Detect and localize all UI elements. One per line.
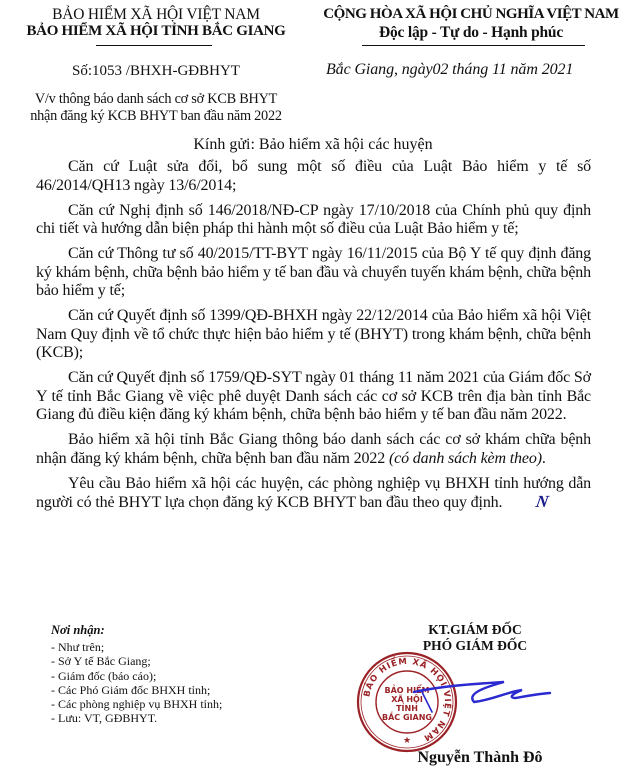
distribution-title: Nơi nhận: bbox=[51, 622, 281, 638]
request-paragraph: Yêu cầu Bảo hiểm xã hội các huyện, các p… bbox=[36, 475, 591, 513]
legal-basis-paragraph: Căn cứ Thông tư số 40/2015/TT-BYT ngày 1… bbox=[36, 245, 591, 301]
handwritten-signature-icon bbox=[412, 676, 552, 716]
announcement-paragraph: Bảo hiểm xã hội tỉnh Bắc Giang thông báo… bbox=[36, 431, 591, 468]
national-header: CỘNG HÒA XÃ HỘI CHỦ NGHĨA VIỆT NAM Độc l… bbox=[316, 6, 626, 42]
subject-line: V/v thông báo danh sách cơ sở KCB BHYT bbox=[0, 91, 312, 108]
attachment-note: (có danh sách kèm theo) bbox=[389, 450, 542, 467]
signer-name: Nguyễn Thành Đô bbox=[380, 748, 580, 768]
document-body: Căn cứ Luật sửa đổi, bổ sung một số điều… bbox=[36, 158, 591, 519]
document-subject: V/v thông báo danh sách cơ sở KCB BHYT n… bbox=[0, 91, 312, 125]
distribution-item: - Các Phó Giám đốc BHXH tỉnh; bbox=[51, 683, 281, 697]
motto-underline bbox=[362, 45, 585, 46]
subject-line: nhận đăng ký KCB BHYT ban đầu năm 2022 bbox=[0, 108, 312, 125]
distribution-item: - Giám đốc (báo cáo); bbox=[51, 669, 281, 683]
distribution-item: - Sở Y tế Bắc Giang; bbox=[51, 654, 281, 668]
legal-basis-paragraph: Căn cứ Quyết định số 1759/QĐ-SYT ngày 01… bbox=[36, 369, 591, 425]
distribution-list: Nơi nhận: - Như trên; - Sở Y tế Bắc Gian… bbox=[51, 622, 281, 726]
distribution-item: - Lưu: VT, GĐBHYT. bbox=[51, 711, 281, 725]
national-motto: Độc lập - Tự do - Hạnh phúc bbox=[316, 23, 626, 42]
national-title: CỘNG HÒA XÃ HỘI CHỦ NGHĨA VIỆT NAM bbox=[316, 6, 626, 23]
issuing-agency: BẢO HIỂM XÃ HỘI TỈNH BẮC GIANG bbox=[0, 23, 312, 40]
issuing-agency-header: BẢO HIỂM XÃ HỘI VIỆT NAM BẢO HIỂM XÃ HỘI… bbox=[0, 6, 312, 40]
signature-block: KT.GIÁM ĐỐC PHÓ GIÁM ĐỐC bbox=[360, 622, 590, 654]
announcement-period: . bbox=[542, 450, 546, 467]
distribution-item: - Như trên; bbox=[51, 640, 281, 654]
agency-underline bbox=[96, 45, 212, 46]
distribution-items: - Như trên; - Sở Y tế Bắc Giang; - Giám … bbox=[51, 640, 281, 726]
initial-mark-icon: N bbox=[503, 493, 550, 512]
place-and-date: Bắc Giang, ngày02 tháng 11 năm 2021 bbox=[326, 60, 626, 80]
svg-text:★: ★ bbox=[403, 736, 411, 746]
distribution-item: - Các phòng nghiệp vụ BHXH tỉnh; bbox=[51, 697, 281, 711]
legal-basis-paragraph: Căn cứ Quyết định số 1399/QĐ-BHXH ngày 2… bbox=[36, 307, 591, 363]
legal-basis-paragraph: Căn cứ Luật sửa đổi, bổ sung một số điều… bbox=[36, 158, 591, 195]
legal-basis-paragraph: Căn cứ Nghị định số 146/2018/NĐ-CP ngày … bbox=[36, 202, 591, 239]
signer-authority: KT.GIÁM ĐỐC bbox=[360, 622, 590, 638]
addressee: Kính gửi: Bảo hiểm xã hội các huyện bbox=[0, 135, 626, 154]
document-number: Số:1053 /BHXH-GĐBHYT bbox=[0, 62, 312, 80]
parent-agency: BẢO HIỂM XÃ HỘI VIỆT NAM bbox=[0, 6, 312, 23]
